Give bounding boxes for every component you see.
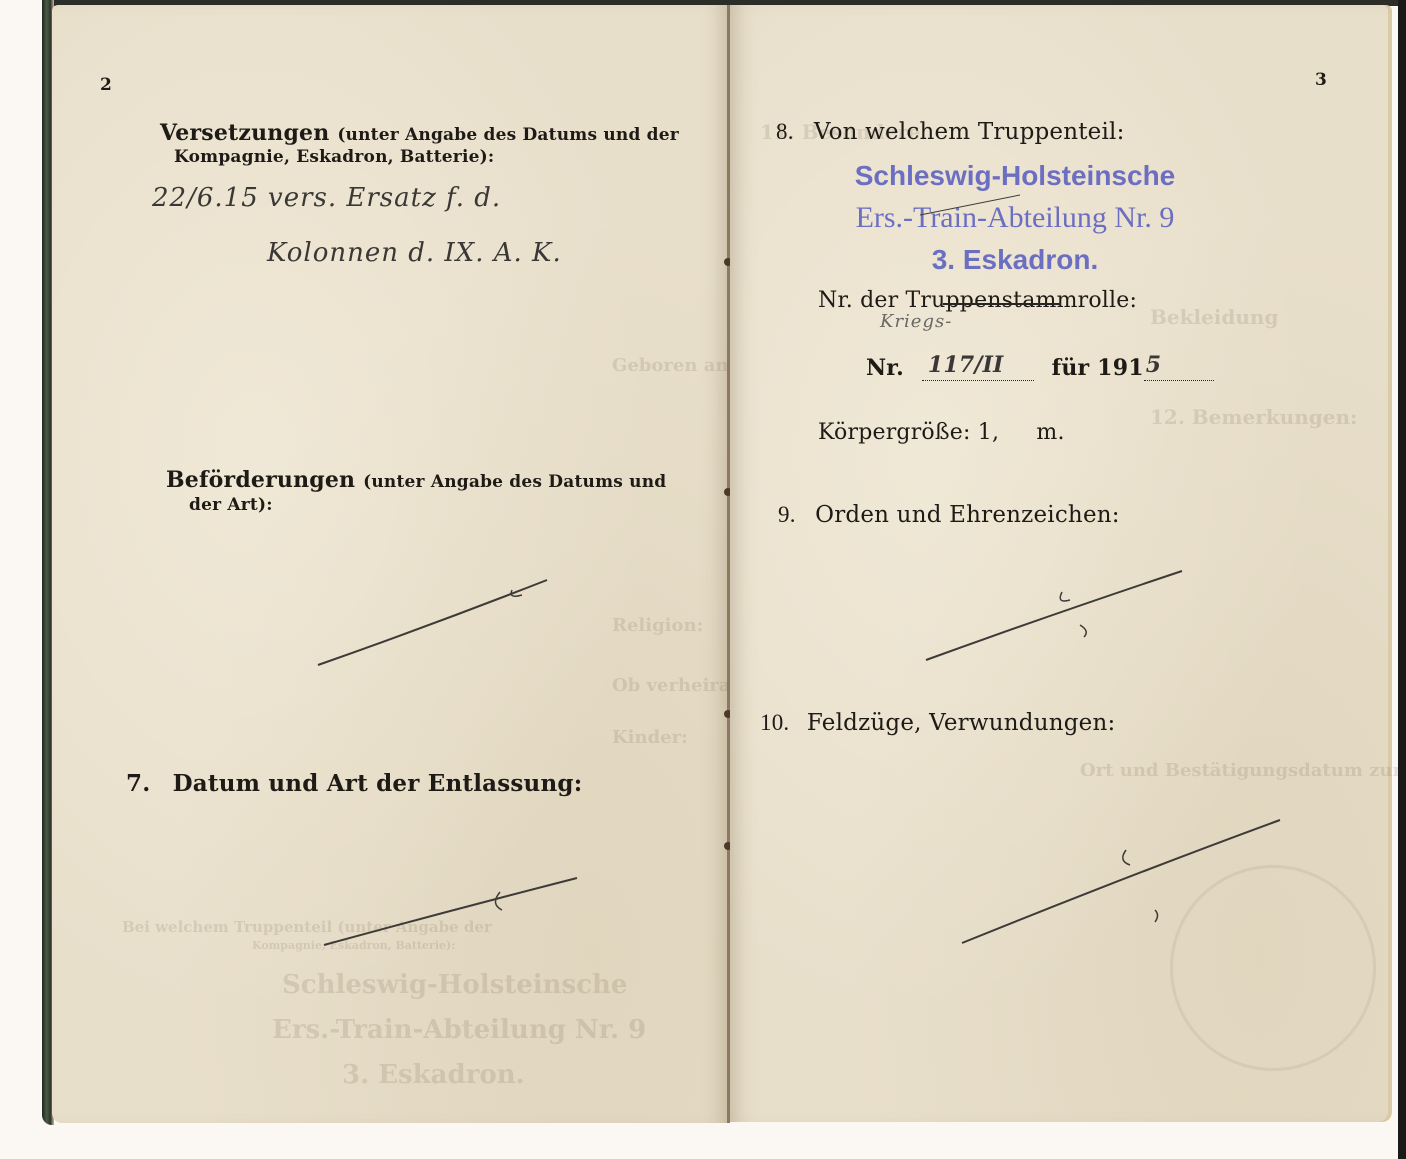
page-number: 2 [100,75,112,95]
pen-strokes [52,5,728,1123]
section-number: 7. [126,770,150,797]
section-title: Datum und Art der Entlassung: [173,770,583,797]
ghost-text: Bei welchem Truppenteil (unter Angabe de… [122,918,492,936]
handwritten-correction: Kriegs- [880,311,952,332]
height-unit: m. [1036,420,1064,445]
left-page: Geboren am Religion: Ob verheiratet: Kin… [52,5,728,1123]
section-befoerderungen: Beförderungen (unter Angabe des Datums u… [166,467,726,495]
nr-field: 117/II [922,358,1034,381]
stamp-line: 3. Eskadron. [800,239,1230,281]
section-entlassung: 7. Datum und Art der Entlassung: [126,770,582,797]
ghost-text: 3. Eskadron. [342,1060,525,1090]
section-title: Feldzüge, Verwundungen: [807,710,1116,736]
ghost-text: Ers.-Train-Abteilung Nr. 9 [272,1015,646,1045]
section-title: Orden und Ehrenzeichen: [815,502,1120,528]
section-title: Versetzungen [160,120,329,146]
section-number: 9. [778,502,796,527]
page-number: 3 [1315,70,1327,90]
nr-label: Nr. [866,355,904,381]
section-subtitle-line2: der Art): [189,495,273,515]
year-label: für 191 [1052,355,1144,381]
year-value: 5 [1146,352,1162,378]
ghost-text: Bekleidung [1150,305,1278,329]
strike-through-line [943,303,1061,305]
section-subtitle: (unter Angabe des Datums und [363,472,666,492]
stammrolle-number-row: Nr. 117/II für 191 5 [866,355,1214,381]
year-field: 5 [1144,358,1214,381]
section-number: 8. [776,119,794,144]
stamp-line: Schleswig-Holsteinsche [800,155,1230,197]
section-subtitle: (unter Angabe des Datums und der [337,125,679,145]
ghost-text: Kinder: [612,727,688,748]
handwritten-entry: 22/6.15 vers. Ersatz f. d. [152,183,501,213]
section-title: Beförderungen [166,467,355,493]
ghost-text: 12. Bemerkungen: [1150,405,1357,429]
nr-value: 117/II [928,352,1004,378]
booklet: Geboren am Religion: Ob verheiratet: Kin… [42,0,1406,1128]
section-title: Von welchem Truppenteil: [814,119,1125,145]
ghost-text: Ort und Bestätigungsdatum zum [1080,760,1406,781]
cover-right-edge [1398,0,1406,1159]
section-number: 10. [760,710,789,735]
unit-stamp: Schleswig-Holsteinsche Ers.-Train-Abteil… [800,155,1230,281]
ghost-text: Religion: [612,615,703,636]
section-subtitle-line2: Kompagnie, Eskadron, Batterie): [174,147,494,167]
handwritten-entry: Kolonnen d. IX. A. K. [267,238,562,268]
section-feldzuege: 10. Feldzüge, Verwundungen: [760,710,1115,736]
ghost-text: Geboren am [612,355,734,376]
ghost-seal [1170,865,1376,1071]
section-truppenteil: 8. Von welchem Truppenteil: [776,118,1125,145]
stammrolle-label: Nr. der Truppenstammrolle: [818,288,1137,313]
height-label: Körpergröße: 1, [818,420,999,445]
section-orden: 9. Orden und Ehrenzeichen: [778,502,1120,528]
ghost-text: Kompagnie, Eskadron, Batterie): [252,939,455,952]
section-versetzungen: Versetzungen (unter Angabe des Datums un… [160,120,720,148]
height-row: Körpergröße: 1, m. [818,420,1065,445]
right-page: 11. Besondere Bekleidung 12. Bemerkungen… [730,5,1392,1122]
stamp-line: Ers.-Train-Abteilung Nr. 9 [800,197,1230,239]
ghost-text: Schleswig-Holsteinsche [282,970,627,1000]
